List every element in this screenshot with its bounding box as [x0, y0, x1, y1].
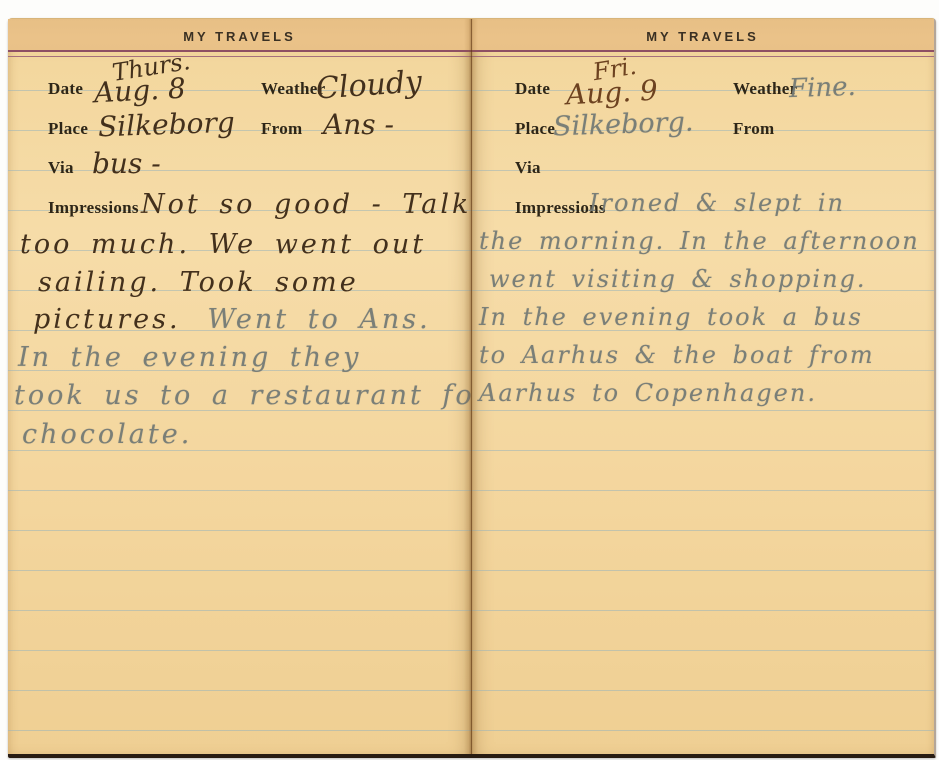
impressions-line: In the evening they — [18, 342, 361, 373]
via-value: bus - — [92, 150, 161, 178]
from-label: From — [261, 119, 302, 139]
page-header-band: MY TRAVELS — [8, 19, 471, 50]
page-header-band: MY TRAVELS — [471, 19, 934, 50]
place-label: Place — [515, 119, 555, 139]
impressions-line: In the evening took a bus — [479, 305, 863, 332]
place-value: Silkeborg — [98, 109, 236, 142]
impressions-line: Not so good - Talked — [141, 189, 471, 220]
impressions-line: took us to a restaurant for — [14, 380, 471, 411]
via-label: Via — [515, 158, 541, 178]
diary-page-left: MY TRAVELS Date Thurs. Aug. 8 Weather Cl… — [8, 19, 471, 754]
place-value: Silkeborg. — [553, 109, 694, 141]
impressions-label: Impressions — [48, 198, 139, 218]
from-value: Ans - — [323, 111, 394, 139]
impressions-line: chocolate. — [22, 419, 192, 450]
header-rule — [8, 50, 471, 57]
impressions-line: Aarhus to Copenhagen. — [479, 381, 817, 408]
impressions-line: went visiting & shopping. — [489, 267, 867, 294]
impressions-line: pictures. Went to Ans. — [33, 304, 431, 335]
weather-value: Cloudy — [315, 67, 423, 104]
impressions-line: to Aarhus & the boat from — [479, 343, 875, 370]
diary-book-spread: MY TRAVELS Date Thurs. Aug. 8 Weather Cl… — [8, 18, 936, 758]
page-title: MY TRAVELS — [646, 29, 759, 44]
page-title: MY TRAVELS — [183, 29, 296, 44]
from-label: From — [733, 119, 774, 139]
date-label: Date — [515, 79, 550, 99]
date-value: Aug. 8 — [93, 75, 186, 108]
weather-value: Fine. — [789, 74, 857, 102]
header-rule — [471, 50, 934, 57]
date-label: Date — [48, 79, 83, 99]
impressions-line: sailing. Took some — [38, 267, 359, 298]
date-value: Aug. 9 — [565, 77, 658, 110]
diary-page-right: MY TRAVELS Date Fri. Aug. 9 Weather Fine… — [471, 19, 934, 754]
place-label: Place — [48, 119, 88, 139]
weather-label: Weather — [733, 79, 797, 99]
impressions-line: too much. We went out — [20, 229, 426, 260]
via-label: Via — [48, 158, 74, 178]
impressions-line: the morning. In the afternoon — [479, 229, 920, 256]
impressions-line: Ironed & slept in — [589, 191, 845, 218]
